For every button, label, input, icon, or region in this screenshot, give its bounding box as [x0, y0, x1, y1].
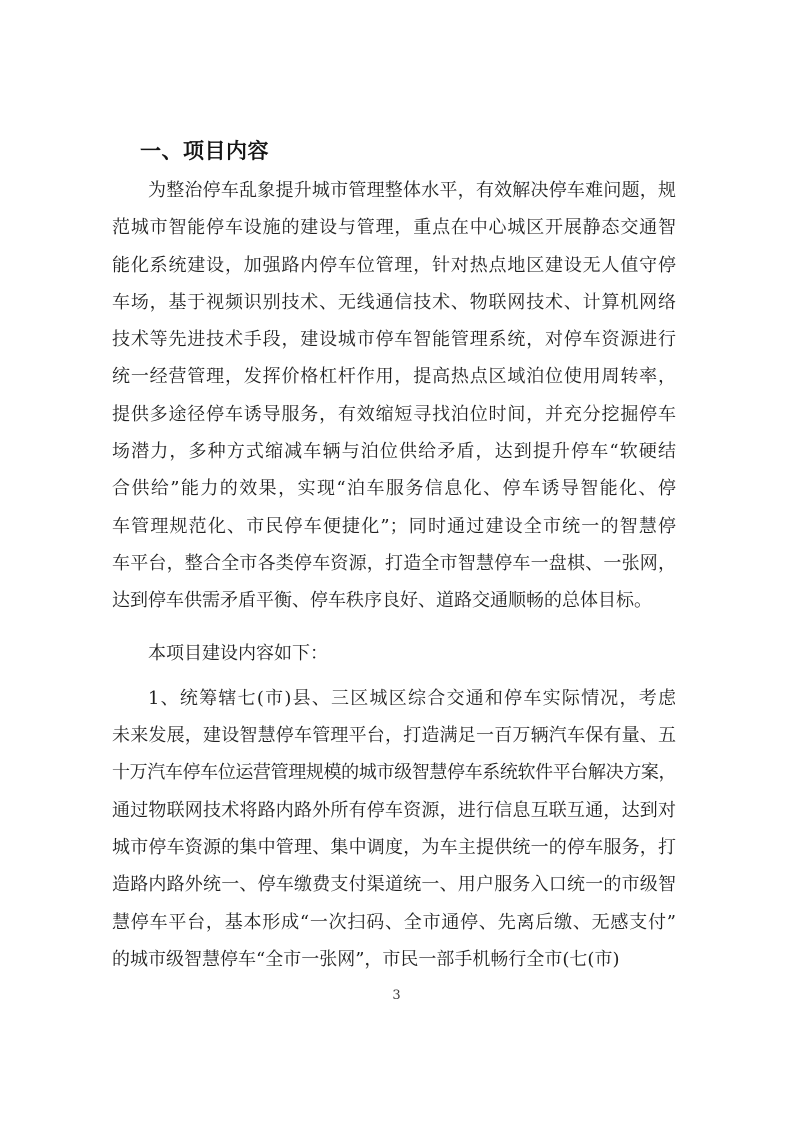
- text-line: 能化系统建设，加强路内停车位管理，针对热点地区建设无人值守停: [112, 247, 676, 284]
- text-line: 提供多途径停车诱导服务，有效缩短寻找泊位时间，并充分挖掘停车: [112, 396, 676, 433]
- text-line: 本项目建设内容如下：: [112, 635, 676, 672]
- paragraph: 1、统筹辖七(市)县、三区城区综合交通和停车实际情况，考虑未来发展，建设智慧停车…: [112, 680, 676, 978]
- text-line: 慧停车平台，基本形成“一次扫码、全市通停、先离后缴、无感支付”: [112, 904, 676, 941]
- text-line: 统一经营管理，发挥价格杠杆作用，提高热点区域泊位使用周转率，: [112, 358, 676, 395]
- text-line: 为整治停车乱象提升城市管理整体水平，有效解决停车难问题，规: [112, 172, 676, 209]
- paragraph: 本项目建设内容如下：: [112, 635, 676, 672]
- document-page: 一、项目内容 为整治停车乱象提升城市管理整体水平，有效解决停车难问题，规范城市智…: [0, 0, 793, 1122]
- text-line: 达到停车供需矛盾平衡、停车秩序良好、道路交通顺畅的总体目标。: [112, 582, 676, 619]
- text-line: 技术等先进技术手段，建设城市停车智能管理系统，对停车资源进行: [112, 321, 676, 358]
- text-line: 车平台，整合全市各类停车资源，打造全市智慧停车一盘棋、一张网，: [112, 545, 676, 582]
- text-line: 未来发展，建设智慧停车管理平台，打造满足一百万辆汽车保有量、五: [112, 717, 676, 754]
- document-body: 一、项目内容 为整治停车乱象提升城市管理整体水平，有效解决停车难问题，规范城市智…: [112, 0, 676, 978]
- text-line: 车场，基于视频识别技术、无线通信技术、物联网技术、计算机网络: [112, 284, 676, 321]
- text-line: 通过物联网技术将路内路外所有停车资源，进行信息互联互通，达到对: [112, 792, 676, 829]
- text-line: 十万汽车停车位运营管理规模的城市级智慧停车系统软件平台解决方案，: [112, 754, 676, 791]
- text-line: 造路内路外统一、停车缴费支付渠道统一、用户服务入口统一的市级智: [112, 866, 676, 903]
- text-line: 范城市智能停车设施的建设与管理，重点在中心城区开展静态交通智: [112, 209, 676, 246]
- text-line: 的城市级智慧停车“全市一张网”，市民一部手机畅行全市(七(市): [112, 941, 676, 978]
- paragraph-container: 为整治停车乱象提升城市管理整体水平，有效解决停车难问题，规范城市智能停车设施的建…: [112, 172, 676, 978]
- text-line: 城市停车资源的集中管理、集中调度，为车主提供统一的停车服务，打: [112, 829, 676, 866]
- text-line: 合供给”能力的效果，实现“泊车服务信息化、停车诱导智能化、停: [112, 470, 676, 507]
- page-number: 3: [0, 988, 793, 1003]
- text-line: 车管理规范化、市民停车便捷化”；同时通过建设全市统一的智慧停: [112, 508, 676, 545]
- paragraph: 为整治停车乱象提升城市管理整体水平，有效解决停车难问题，规范城市智能停车设施的建…: [112, 172, 676, 620]
- text-line: 场潜力，多种方式缩减车辆与泊位供给矛盾，达到提升停车“软硬结: [112, 433, 676, 470]
- section-heading: 一、项目内容: [112, 137, 676, 165]
- text-line: 1、统筹辖七(市)县、三区城区综合交通和停车实际情况，考虑: [112, 680, 676, 717]
